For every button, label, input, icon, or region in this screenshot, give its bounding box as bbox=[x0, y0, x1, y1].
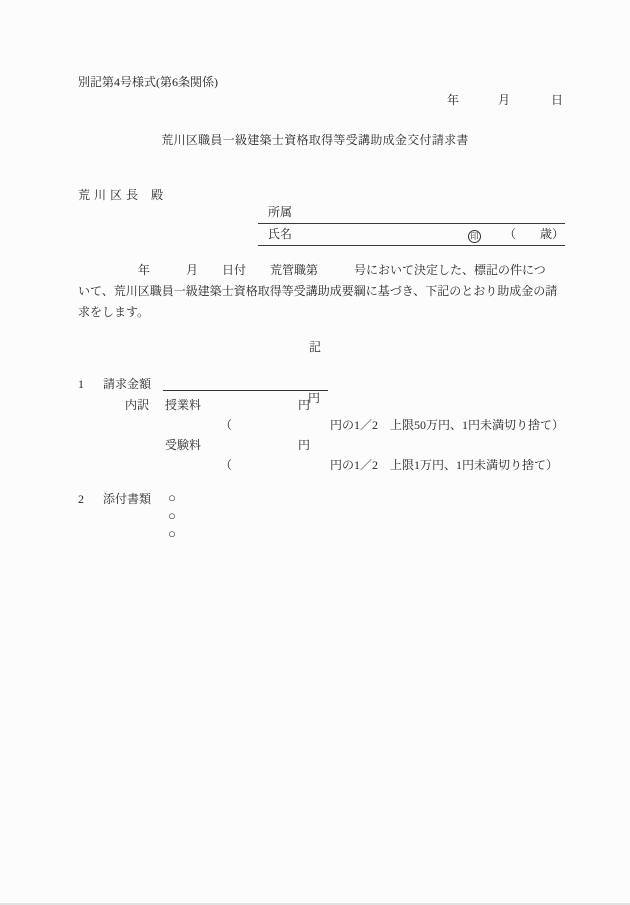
attachments-label: 添付書類 bbox=[103, 492, 151, 507]
age-note: （ 歳） bbox=[504, 225, 564, 242]
form-number: 別記第4号様式(第6条関係) bbox=[78, 75, 218, 90]
date-day-label: 日 bbox=[551, 93, 563, 108]
affiliation-field-line: 所属 bbox=[258, 203, 565, 224]
date-year-label: 年 bbox=[447, 93, 459, 108]
exam-fee-label: 受験料 bbox=[165, 438, 201, 453]
attachments-section-number: 2 bbox=[78, 492, 84, 507]
addressee-mayor: 荒 川 区 長 殿 bbox=[78, 188, 164, 203]
breakdown-label: 内訳 bbox=[125, 398, 149, 413]
exam-note-open-paren: （ bbox=[220, 458, 232, 473]
name-label: 氏名 bbox=[268, 225, 292, 242]
tuition-fee-label: 授業料 bbox=[165, 398, 201, 413]
exam-yen-unit: 円 bbox=[298, 438, 310, 453]
claim-amount-blank-line: 円 bbox=[163, 377, 328, 391]
body-paragraph-line-3: 求をします。 bbox=[78, 305, 149, 320]
name-field-line: 氏名 印 （ 歳） bbox=[258, 224, 565, 246]
exam-limit-note: 円の1／2 上限1万円、1円未満切り捨て） bbox=[330, 458, 558, 473]
attachment-circle-mark: ○ bbox=[168, 491, 176, 505]
tuition-note-open-paren: （ bbox=[220, 418, 232, 433]
document-title: 荒川区職員一級建築士資格取得等受講助成金交付請求書 bbox=[0, 133, 630, 148]
affiliation-label: 所属 bbox=[268, 203, 292, 220]
applicant-signature-block: 所属 氏名 印 （ 歳） bbox=[258, 203, 565, 246]
date-month-label: 月 bbox=[498, 93, 510, 108]
note-heading-ki: 記 bbox=[0, 340, 630, 355]
attachment-circle-mark: ○ bbox=[168, 509, 176, 523]
claim-amount-label: 請求金額 bbox=[103, 377, 151, 392]
attachment-circle-mark: ○ bbox=[168, 527, 176, 541]
seal-icon: 印 bbox=[468, 230, 481, 243]
body-paragraph-line-2: いて、荒川区職員一級建築士資格取得等受講助成要綱に基づき、下記のとおり助成金の請 bbox=[78, 284, 557, 299]
subsidy-claim-form-document: 別記第4号様式(第6条関係) 年 月 日 荒川区職員一級建築士資格取得等受講助成… bbox=[0, 0, 630, 905]
claim-section-number: 1 bbox=[78, 377, 84, 392]
body-paragraph-line-1: 年 月 日付 荒管職第 号において決定した、標記の件につ bbox=[78, 263, 546, 278]
tuition-limit-note: 円の1／2 上限50万円、1円未満切り捨て） bbox=[330, 418, 564, 433]
tuition-yen-unit: 円 bbox=[298, 398, 310, 413]
